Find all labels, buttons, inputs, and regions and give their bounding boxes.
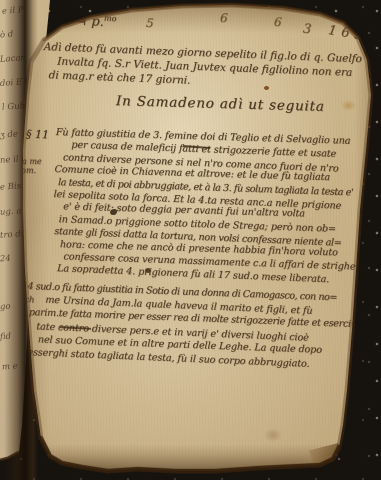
execution-entry-14: 14 sud.o fù fatto giustitia in Sotio di … [53, 281, 360, 371]
header-digit: 5 [146, 16, 155, 30]
execution-entry-11: Fù fatto giustitia de 3. femine doi di T… [51, 127, 363, 287]
header-digit: 6 [273, 15, 282, 30]
ordinal-superscript: mo [104, 14, 117, 24]
entry-number-mark: § 11 [26, 128, 49, 142]
burial-entry: Adì detto fù avanti mezo giorno sepelito… [42, 40, 362, 94]
smudge-stain [264, 428, 282, 442]
manuscript-page: Luglio ♃ p.mo 5 6 6 3 169 Adì detto fù a… [0, 0, 381, 480]
margin-note: a me [22, 157, 42, 166]
folio-number: 169 [327, 23, 369, 44]
planet-symbol-icon: ♃ [75, 13, 87, 29]
folded-corner [306, 443, 342, 468]
amber-stain [341, 100, 356, 111]
section-heading: In Samadeno adì ut seguita [116, 93, 325, 115]
ordinal-abbrev: p. [91, 14, 104, 30]
header-digit: 3 [302, 22, 312, 38]
manuscript-photo: e il P ò d Lacar doi E l l Gub ʒ de ne i… [0, 0, 381, 480]
header-digit: 6 [220, 11, 228, 25]
